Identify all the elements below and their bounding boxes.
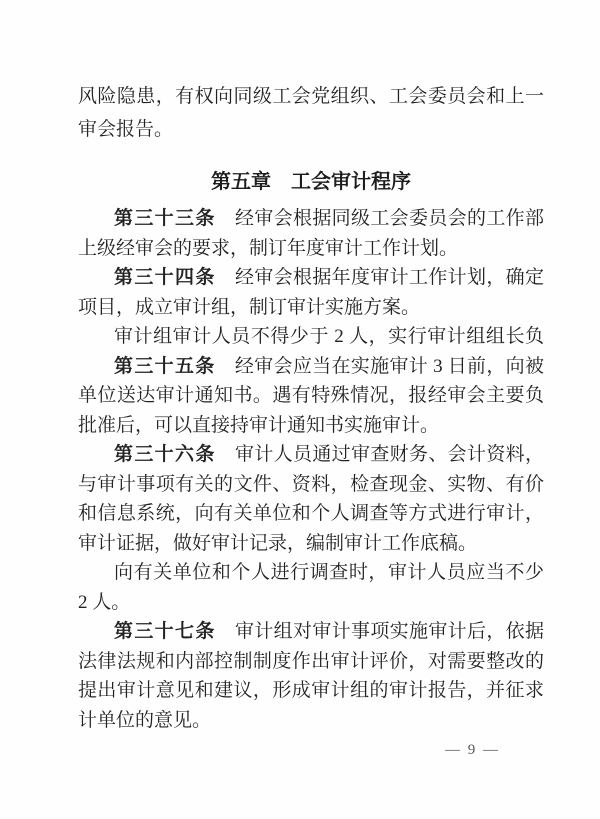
line-text: 审计组审计人员不得少于 2 人，实行审计组组长负责制。 [78,326,544,352]
line-text: 法律法规和内部控制制度作出审计评价，对需要整改的事项 [78,651,544,677]
body-line: 和信息系统，向有关单位和个人调查等方式进行审计，取得 [78,499,544,529]
line-text: 向有关单位和个人进行调查时，审计人员应当不少于 [78,562,544,588]
body-line: 2 人。 [78,588,544,618]
line-text: 风险隐患，有权向同级工会党组织、工会委员会和上一级经 [78,86,544,113]
line-text: 2 人。 [78,592,130,613]
article-first-line: 第三十六条 审计人员通过审查财务、会计资料，查阅 [78,440,544,470]
line-text: 和信息系统，向有关单位和个人调查等方式进行审计，取得 [78,503,544,529]
article-number-label: 第三十三条 [114,208,216,229]
article-number-label: 第三十七条 [114,621,216,642]
line-text: 审计证据，做好审计记录，编制审计工作底稿。 [78,533,477,554]
line-text: 提出审计意见和建议，形成审计组的审计报告，并征求被审 [78,680,544,706]
body-line: 向有关单位和个人进行调查时，审计人员应当不少于 [78,558,544,588]
line-text: 计单位的意见。 [78,710,211,731]
page-number: — 9 — [78,740,544,760]
chapter-heading: 第五章 工会审计程序 [78,166,544,198]
line-text: 上级经审会的要求，制订年度审计工作计划。 [78,238,458,259]
article-number-label: 第三十四条 [114,267,216,288]
line-text: 项目，成立审计组，制订审计实施方案。 [78,297,420,318]
articles-section: 第三十三条 经审会根据同级工会委员会的工作部署和 上级经审会的要求，制订年度审计… [78,204,544,735]
body-line: 项目，成立审计组，制订审计实施方案。 [78,293,544,323]
body-line: 上级经审会的要求，制订年度审计工作计划。 [78,234,544,264]
article-first-line: 第三十三条 经审会根据同级工会委员会的工作部署和 [78,204,544,234]
text-block: 风险隐患，有权向同级工会党组织、工会委员会和上一级经 审会报告。 第五章 工会审… [78,80,544,760]
article-first-line: 第三十五条 经审会应当在实施审计 3 日前，向被审计 [78,352,544,382]
body-line: 提出审计意见和建议，形成审计组的审计报告，并征求被审 [78,676,544,706]
body-line: 计单位的意见。 [78,706,544,736]
line-text: 审会报告。 [78,119,173,140]
body-line: 与审计事项有关的文件、资料，检查现金、实物、有价证券 [78,470,544,500]
body-line: 风险隐患，有权向同级工会党组织、工会委员会和上一级经 [78,80,544,113]
body-line: 审计证据，做好审计记录，编制审计工作底稿。 [78,529,544,559]
body-line: 法律法规和内部控制制度作出审计评价，对需要整改的事项 [78,647,544,677]
body-line: 审会报告。 [78,113,544,146]
article-first-line: 第三十四条 经审会根据年度审计工作计划，确定审计 [78,263,544,293]
line-text: 与审计事项有关的文件、资料，检查现金、实物、有价证券 [78,474,544,500]
document-page: 风险隐患，有权向同级工会党组织、工会委员会和上一级经 审会报告。 第五章 工会审… [0,0,600,819]
article-number-label: 第三十五条 [114,356,216,377]
body-line: 单位送达审计通知书。遇有特殊情况，报经审会主要负责人 [78,381,544,411]
body-line: 批准后，可以直接持审计通知书实施审计。 [78,411,544,441]
body-line: 审计组审计人员不得少于 2 人，实行审计组组长负责制。 [78,322,544,352]
line-text: 单位送达审计通知书。遇有特殊情况，报经审会主要负责人 [78,385,544,411]
article-number-label: 第三十六条 [114,444,216,465]
line-text: 批准后，可以直接持审计通知书实施审计。 [78,415,439,436]
article-first-line: 第三十七条 审计组对审计事项实施审计后，依据相关 [78,617,544,647]
